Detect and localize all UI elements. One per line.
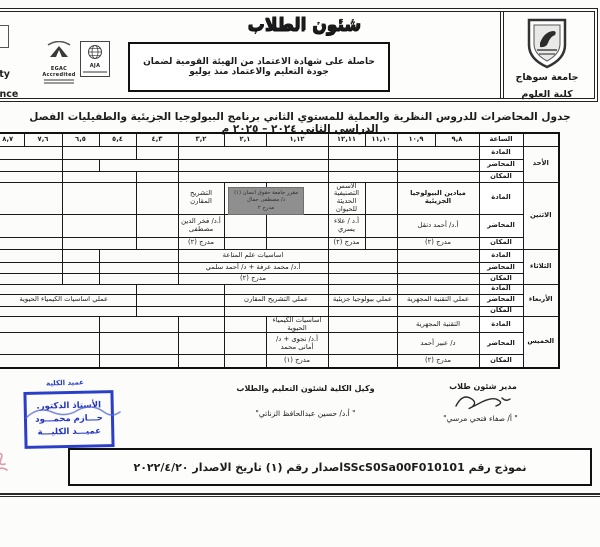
cell-tue-room-immunology: مدرج (٢) (178, 273, 328, 284)
row-label-lecturer: المحاضر (479, 294, 523, 306)
empty-cell (178, 159, 328, 171)
slot-4-3: ٤,٣ (136, 133, 178, 146)
empty-cell (62, 159, 99, 171)
empty-cell (62, 182, 136, 214)
empty-cell (136, 306, 224, 316)
globe-icon (86, 44, 104, 60)
sunday-room-row: المكان (0, 171, 559, 182)
empty-cell (0, 306, 136, 316)
empty-cell (328, 306, 397, 316)
empty-cell (0, 273, 62, 284)
cell-mon-room-molecular: مدرج (٢) (397, 237, 479, 249)
microtext-bar (83, 71, 107, 73)
cell-mon-room-anatomy: مدرج (٢) (178, 237, 224, 249)
empty-cell (328, 159, 397, 171)
vice-dean-title: وكيل الكلية لشئون التعليم والطلاب (228, 384, 383, 393)
empty-cell (99, 249, 178, 262)
form-number-bar: نموذج رقم SScS0Sa00F010101اصدار رقم (١) … (68, 448, 592, 486)
empty-cell (397, 171, 479, 182)
wednesday-subject-row: الأربعاء المادة (0, 284, 559, 294)
empty-cell (178, 333, 224, 355)
empty-cell (136, 284, 224, 294)
cell-wed-practical-biochem: عملي اساسيات الكيمياء الحيوية (0, 294, 136, 306)
row-label-subject: المادة (479, 182, 523, 214)
clipped-english-university-text: ity (0, 69, 10, 80)
cell-mon-subject-anatomy: التشريح المقارن (178, 182, 224, 214)
page-edge-fragment (0, 25, 9, 48)
row-label-room: المكان (479, 355, 523, 368)
student-affairs-banner: شئون الطلاب (204, 15, 404, 36)
empty-cell (397, 146, 479, 159)
row-label-lecturer: المحاضر (479, 159, 523, 171)
day-wednesday: الأربعاء (523, 284, 559, 316)
empty-cell (62, 214, 136, 237)
time-header-row: الساعة ٩,٨ ١٠,٩ ١١,١٠ ١٢,١١ ١,١٢ ٢,١ ٣,٢… (0, 133, 559, 146)
pasted-gray-note: مقرر جامعة حقوق انسان (١) د/ مصطفى جمال … (228, 187, 304, 215)
empty-cell (328, 146, 397, 159)
cell-thu-subject-microscopy: التقنية المجهرية (397, 316, 479, 333)
cell-thu-lecturer-biochem: أ.د/ نجوى + د/ أمانى محمد (266, 333, 328, 355)
monday-room-row: المكان مدرج (٢) مدرج (٢) مدرج (٢) (0, 237, 559, 249)
cell-mon-room-taxonomy: مدرج (٢) (328, 237, 365, 249)
slot-3-2: ٣,٢ (178, 133, 224, 146)
gray-note-line3: مدرج ٢ (229, 205, 303, 212)
empty-cell (224, 214, 266, 237)
day-sunday: الأحد (523, 146, 559, 182)
row-label-room: المكان (479, 306, 523, 316)
cell-tue-lecturer-immunology: أ.د/ محمد عرفة + د/ أحمد سلمي (178, 262, 328, 273)
slot-7-6: ٧,٦ (24, 133, 62, 146)
empty-cell (99, 159, 178, 171)
sohag-university-shield-icon (526, 17, 568, 69)
row-label-room: المكان (479, 171, 523, 182)
slot-1-12: ١,١٢ (266, 133, 328, 146)
tuesday-lecturer-row: المحاضر أ.د/ محمد عرفة + د/ أحمد سلمي (0, 262, 559, 273)
empty-cell (397, 262, 479, 273)
cell-thu-room-microscopy: مدرج (٢) (397, 355, 479, 368)
empty-cell (99, 355, 178, 368)
gray-note-line1: مقرر جامعة حقوق انسان (١) (229, 190, 303, 197)
handwritten-signature (448, 390, 518, 414)
empty-cell (365, 214, 397, 237)
empty-cell (0, 146, 62, 159)
egac-label: EGAC Accredited (42, 67, 76, 78)
day-thursday: الخميس (523, 316, 559, 368)
empty-cell (328, 316, 397, 333)
empty-cell (136, 171, 178, 182)
empty-cell (365, 237, 397, 249)
wednesday-room-row: المكان (0, 306, 559, 316)
schedule-table: الساعة ٩,٨ ١٠,٩ ١١,١٠ ١٢,١١ ١,١٢ ٢,١ ٣,٢… (0, 132, 560, 369)
empty-cell (328, 333, 397, 355)
gray-note-line2: د/ مصطفى جمال (229, 197, 303, 204)
cell-mon-lecturer-molecular: أ.د/ أحمد دنقل (397, 214, 479, 237)
tuesday-room-row: المكان مدرج (٢) (0, 273, 559, 284)
empty-cell (62, 171, 136, 182)
empty-cell (0, 214, 62, 237)
cell-mon-subject-molecular: ميادين البيولوجيا الجزيئية (397, 182, 479, 214)
empty-cell (328, 355, 397, 368)
empty-cell (224, 306, 328, 316)
slot-6-5: ٦,٥ (62, 133, 99, 146)
wednesday-practicals-row: المحاضر عملي التقنية المجهرية عملي بيولو… (0, 294, 559, 306)
empty-cell (224, 316, 266, 333)
row-label-subject: المادة (479, 249, 523, 262)
row-label-lecturer: المحاضر (479, 333, 523, 355)
empty-cell (224, 333, 266, 355)
empty-cell (0, 182, 62, 214)
pink-ink-fragment (0, 450, 15, 472)
slot-12-11: ١٢,١١ (328, 133, 365, 146)
slot-2-1: ٢,١ (224, 133, 266, 146)
cell-thu-subject-biochem: اساسيات الكيمياء الحيوية (266, 316, 328, 333)
row-label-subject: المادة (479, 284, 523, 294)
empty-cell (266, 237, 328, 249)
row-label-subject: المادة (479, 316, 523, 333)
cell-thu-lecturer-microscopy: د/ عبير أحمد (397, 333, 479, 355)
empty-cell (0, 284, 136, 294)
empty-cell (365, 182, 397, 214)
day-monday: الاثنين (523, 182, 559, 249)
university-name: جامعة سوهاج (504, 72, 590, 83)
empty-cell (397, 159, 479, 171)
empty-cell (178, 316, 224, 333)
empty-cell (99, 273, 178, 284)
row-label-lecturer: المحاضر (479, 262, 523, 273)
empty-cell (136, 214, 178, 237)
document-header: شئون الطلاب حاصلة على شهادة الاعتماد من … (0, 8, 598, 102)
egac-accreditation-logo: EGAC Accredited (42, 41, 76, 81)
empty-cell (136, 146, 178, 159)
student-affairs-director-name: " أ/ صفاء فتحي مرسي" (418, 414, 543, 423)
empty-cell (0, 237, 62, 249)
thursday-lecturer-row: المحاضر د/ عبير أحمد أ.د/ نجوى + د/ أمان… (0, 333, 559, 355)
empty-cell (224, 237, 266, 249)
corner-blank-cell (523, 133, 559, 146)
microtext-bar (44, 82, 74, 84)
microtext-bar (44, 79, 74, 81)
empty-cell (0, 355, 99, 368)
dean-stamp-line3: عميـــد الكليـــة (27, 425, 111, 440)
cell-wed-practical-molecular: عملي بيولوجيا جزيئية (328, 294, 397, 306)
empty-cell (178, 355, 224, 368)
empty-cell (397, 273, 479, 284)
empty-cell (62, 249, 99, 262)
slot-9-8: ٩,٨ (435, 133, 479, 146)
row-label-lecturer: المحاضر (479, 214, 523, 237)
empty-cell (397, 249, 479, 262)
aja-iso-logo: AJA (80, 41, 110, 77)
cell-mon-subject-taxonomy: الاسس التصنيفية الحديثة للحيوان (328, 182, 365, 214)
accreditation-note: حاصلة على شهادة الاعتماد من الهيئة القوم… (128, 42, 390, 92)
hour-label: الساعة (479, 133, 523, 146)
bottom-rule (0, 493, 600, 497)
empty-cell (0, 262, 62, 273)
empty-cell (224, 284, 328, 294)
empty-cell (0, 159, 62, 171)
empty-cell (62, 237, 136, 249)
clipped-english-science-text: ence (0, 89, 18, 100)
empty-cell (328, 284, 397, 294)
pyramid-icon (44, 41, 74, 63)
empty-cell (136, 294, 224, 306)
empty-cell (224, 355, 266, 368)
monday-lecturer-row: المحاضر أ.د/ أحمد دنقل أ.د / علاء يسري أ… (0, 214, 559, 237)
empty-cell (136, 237, 178, 249)
empty-cell (99, 333, 178, 355)
empty-cell (0, 333, 99, 355)
empty-cell (178, 171, 328, 182)
cell-mon-lecturer-anatomy: أ.د/ فخر الدين مصطفى (178, 214, 224, 237)
empty-cell (328, 273, 397, 284)
vice-dean-name: " أ.د/ حسين عبدالحافظ الزناتي" (228, 409, 383, 418)
day-tuesday: الثلاثاء (523, 249, 559, 284)
faculty-name: كلية العلوم (504, 89, 590, 100)
empty-cell (99, 262, 178, 273)
empty-cell (178, 146, 328, 159)
row-label-subject: المادة (479, 146, 523, 159)
tuesday-subject-row: الثلاثاء المادة اساسيات علم المناعة (0, 249, 559, 262)
slot-5-4: ٥,٤ (99, 133, 136, 146)
cell-wed-practical-anatomy: عملي التشريح المقارن (224, 294, 328, 306)
cell-tue-subject-immunology: اساسيات علم المناعة (178, 249, 328, 262)
slot-8-7-clipped: ٨,٧ (0, 133, 24, 146)
empty-cell (99, 316, 178, 333)
sunday-lecturer-row: المحاضر (0, 159, 559, 171)
aja-label: AJA (81, 64, 109, 70)
cell-mon-lecturer-taxonomy: أ.د / علاء يسري (328, 214, 365, 237)
schedule-table-wrap: الساعة ٩,٨ ١٠,٩ ١١,١٠ ١٢,١١ ١,١٢ ٢,١ ٣,٢… (0, 132, 560, 369)
dean-stamp-caption: عميد الكلية (46, 378, 84, 387)
empty-cell (62, 146, 136, 159)
empty-cell (328, 171, 397, 182)
empty-cell (397, 306, 479, 316)
cell-thu-room-biochem: مدرج (١) (266, 355, 328, 368)
empty-cell (328, 249, 397, 262)
row-label-room: المكان (479, 273, 523, 284)
empty-cell (0, 249, 62, 262)
empty-cell (136, 182, 178, 214)
slot-10-9: ١٠,٩ (397, 133, 435, 146)
thursday-subject-row: الخميس المادة التقنية المجهرية اساسيات ا… (0, 316, 559, 333)
empty-cell (62, 273, 99, 284)
scanned-schedule-document: شئون الطلاب حاصلة على شهادة الاعتماد من … (0, 0, 600, 547)
empty-cell (397, 284, 479, 294)
slot-11-10: ١١,١٠ (365, 133, 397, 146)
empty-cell (62, 262, 99, 273)
cell-wed-practical-microscopy: عملي التقنية المجهرية (397, 294, 479, 306)
sunday-subject-row: الأحد المادة (0, 146, 559, 159)
row-label-room: المكان (479, 237, 523, 249)
university-identity-cell: جامعة سوهاج كلية العلوم (500, 12, 594, 98)
dean-stamp: الأستاذ الدكتور. حـــازم محمـــود عميـــ… (23, 390, 114, 449)
empty-cell (266, 214, 328, 237)
thursday-room-row: المكان مدرج (٢) مدرج (١) (0, 355, 559, 368)
empty-cell (328, 262, 397, 273)
empty-cell (0, 316, 99, 333)
empty-cell (0, 171, 62, 182)
